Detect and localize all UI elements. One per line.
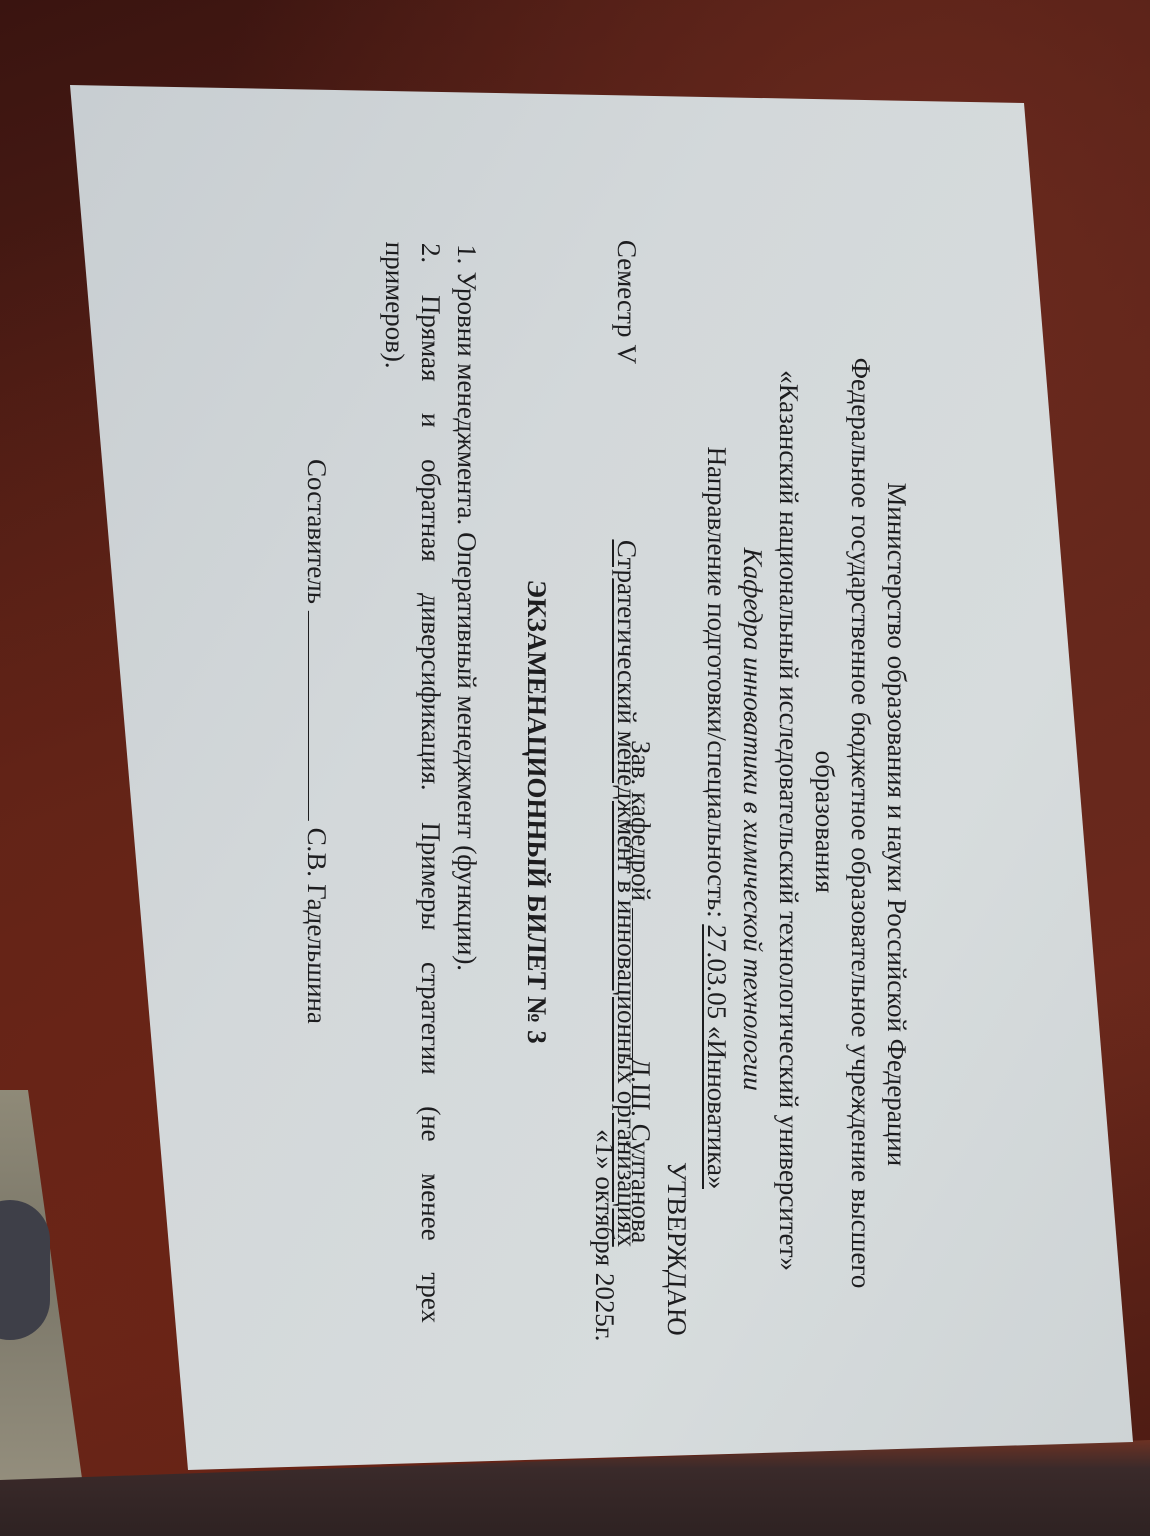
question-1-text: Уровни менеджмента. Оперативный менеджме… [452, 271, 482, 972]
exam-ticket: Министерство образования и науки Российс… [115, 222, 915, 1400]
institution-line-1: Федеральное государственное бюджетное об… [843, 247, 879, 1398]
approval-title: УТВЕРЖДАЮ [659, 1161, 695, 1336]
question-2-word: стратегии [413, 961, 449, 1075]
compiler-name: С.В. Гадельшина [302, 827, 332, 1024]
compiler-line: Составитель С.В. Гадельшина [299, 458, 335, 1024]
department-name: Кафедра инноватики в химической технолог… [735, 244, 771, 1395]
question-2-word: Примеры [413, 822, 449, 931]
discipline: Стратегический менеджмент в инновационны… [609, 539, 645, 1248]
question-2-word: трех [413, 1272, 449, 1324]
question-2-number: 2. [413, 242, 449, 264]
question-1: 1. Уровни менеджмента. Оперативный менед… [449, 244, 485, 972]
question-2-word: диверсификация. [413, 593, 449, 792]
question-2-word: и [413, 413, 449, 429]
ticket-title: ЭКЗАМЕНАЦИОННЫЙ БИЛЕТ № 3 [519, 236, 555, 1387]
question-2-word: обратная [413, 459, 449, 563]
question-2-word: менее [413, 1173, 449, 1242]
shoe [0, 1200, 50, 1340]
question-2-word: Прямая [413, 294, 449, 382]
direction-label: Направление подготовки/специальность: [702, 446, 732, 925]
direction-value: 27.03.05 «Инноватика» [702, 924, 732, 1190]
compiler-label: Составитель [302, 459, 332, 605]
question-2: 2. Прямая и обратная диверсификация. При… [413, 242, 449, 1323]
direction-line: Направление подготовки/специальность: 27… [699, 242, 735, 1393]
question-1-number: 1. [452, 244, 482, 265]
university-name: «Казанский национальный исследовательски… [771, 245, 807, 1396]
compiler-signature-line [308, 611, 309, 821]
ministry-line: Министерство образования и науки Российс… [879, 249, 915, 1400]
question-2-word: (не [413, 1106, 449, 1143]
institution-line-2: образования [807, 246, 843, 1397]
semester: Семестр V [609, 239, 645, 364]
question-2-continuation: примеров). [377, 241, 413, 369]
